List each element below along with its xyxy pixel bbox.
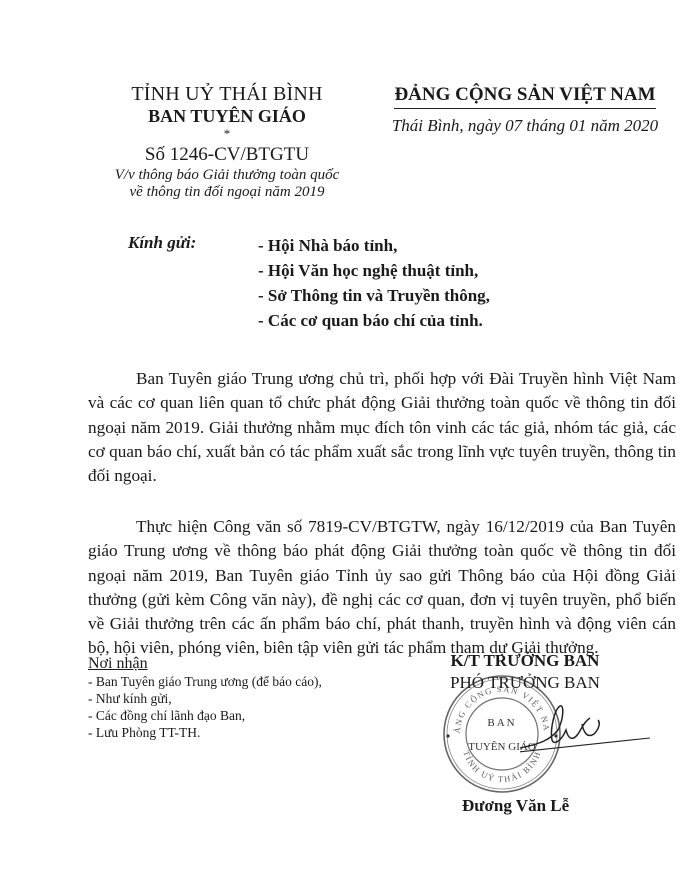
addressee-item: - Hội Nhà báo tỉnh,: [258, 233, 490, 258]
signer-name: Đương Văn Lễ: [462, 796, 569, 816]
distribution-item: - Như kính gửi,: [88, 690, 322, 707]
distribution-title: Nơi nhận: [88, 654, 322, 673]
body-paragraph-1: Ban Tuyên giáo Trung ương chủ trì, phối …: [88, 367, 676, 488]
addressee-item: - Hội Văn học nghệ thuật tỉnh,: [258, 258, 490, 283]
organization-name: BAN TUYÊN GIÁO: [82, 105, 372, 127]
signature-title: K/T TRƯỞNG BAN: [410, 650, 640, 672]
star-divider: *: [82, 127, 372, 141]
addressee-item: - Các cơ quan báo chí của tỉnh.: [258, 308, 490, 333]
addressee-list: - Hội Nhà báo tỉnh, - Hội Văn học nghệ t…: [258, 233, 490, 333]
body-paragraph-2-container: Thực hiện Công văn số 7819-CV/BTGTW, ngà…: [88, 515, 676, 661]
document-number: Số 1246-CV/BTGTU: [82, 143, 372, 167]
body-paragraph-2: Thực hiện Công văn số 7819-CV/BTGTW, ngà…: [88, 515, 676, 661]
handwritten-signature-icon: [520, 700, 650, 760]
greeting-label: Kính gửi:: [128, 233, 196, 253]
distribution-item: - Ban Tuyên giáo Trung ương (để báo cáo)…: [88, 673, 322, 690]
parent-organization: TỈNH UỶ THÁI BÌNH: [82, 83, 372, 105]
distribution-item: - Các đồng chí lãnh đạo Ban,: [88, 707, 322, 724]
subject-line-1: V/v thông báo Giải thưởng toàn quốc: [82, 167, 372, 184]
party-name: ĐẢNG CỘNG SẢN VIỆT NAM: [394, 83, 655, 109]
subject-line-2: về thông tin đối ngoại năm 2019: [82, 184, 372, 201]
addressee-item: - Sở Thông tin và Truyền thông,: [258, 283, 490, 308]
place-and-date: Thái Bình, ngày 07 tháng 01 năm 2020: [370, 113, 680, 139]
body-paragraph-1-container: Ban Tuyên giáo Trung ương chủ trì, phối …: [88, 367, 676, 488]
distribution-list: Nơi nhận - Ban Tuyên giáo Trung ương (để…: [88, 654, 322, 741]
svg-text:BAN: BAN: [487, 717, 516, 729]
party-header: ĐẢNG CỘNG SẢN VIỆT NAM Thái Bình, ngày 0…: [370, 83, 680, 139]
distribution-item: - Lưu Phòng TT-TH.: [88, 724, 322, 741]
issuing-organization-header: TỈNH UỶ THÁI BÌNH BAN TUYÊN GIÁO * Số 12…: [82, 83, 372, 201]
